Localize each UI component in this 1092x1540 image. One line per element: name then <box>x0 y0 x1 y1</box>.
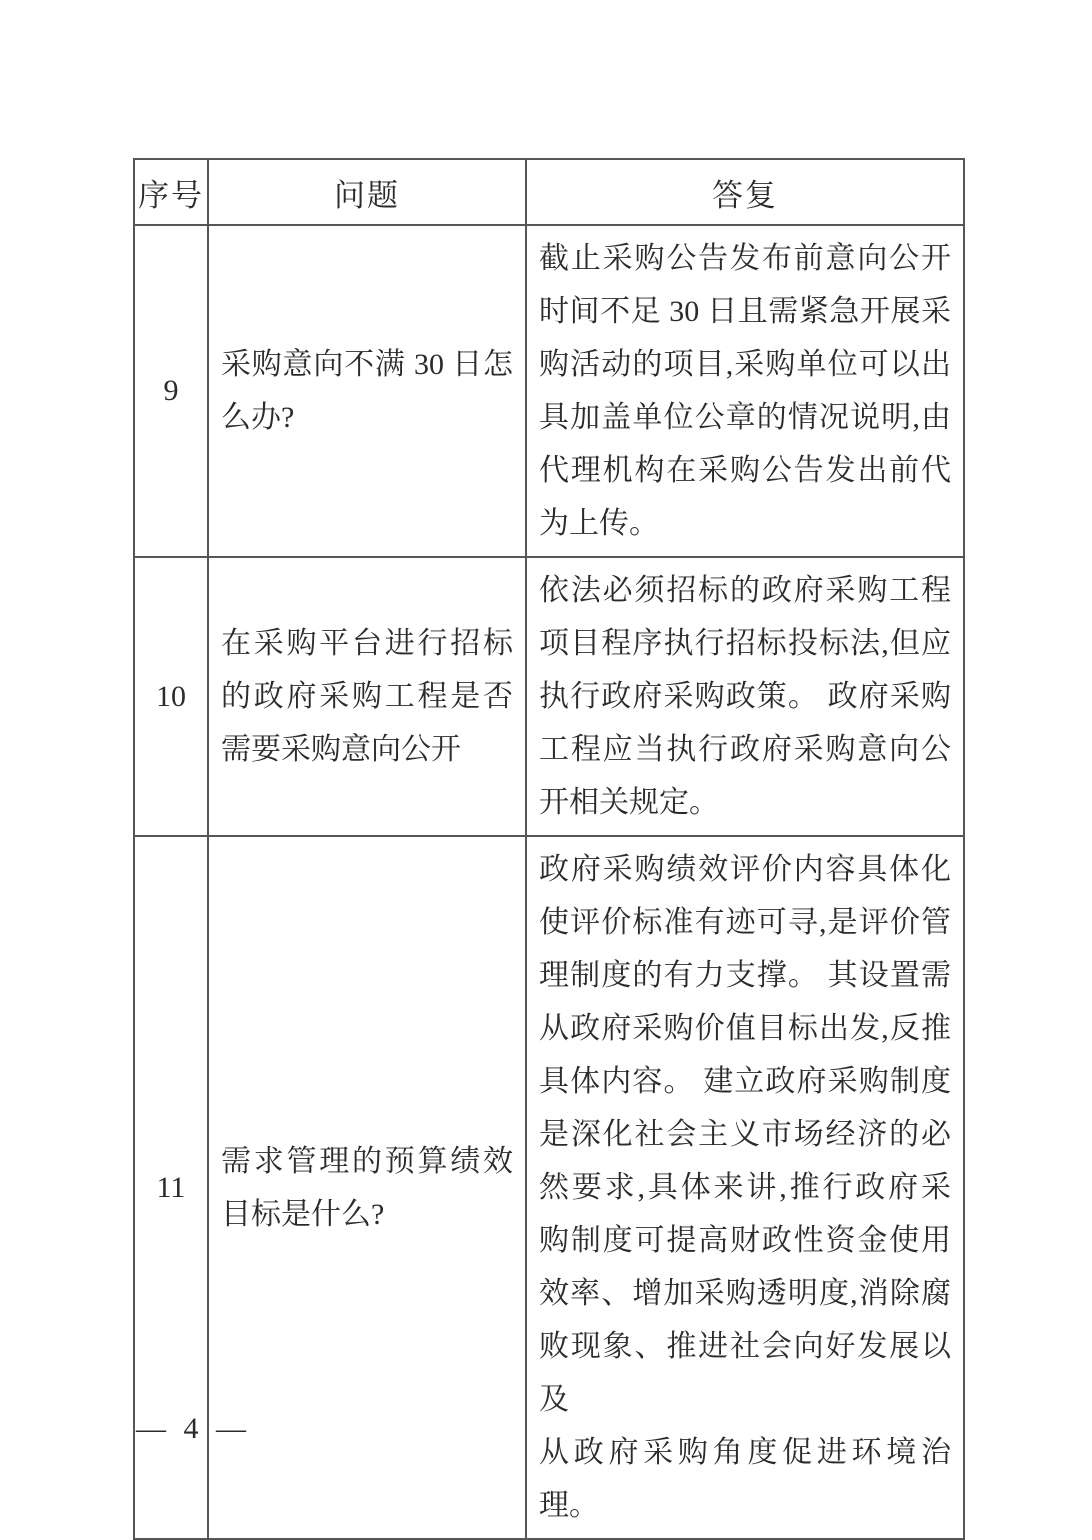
table-row-9: 9 采购意向不满 30 日怎么办? 截止采购公告发布前意向公开时间不足 30 日… <box>134 225 964 557</box>
answer-cell: 政府采购绩效评价内容具体化使评价标准有迹可寻,是评价管理制度的有力支撑。 其设置… <box>526 836 964 1539</box>
row-number: 9 <box>134 225 208 557</box>
question-text: 需求管理的预算绩效目标是什么? <box>221 1135 513 1241</box>
faq-table: 序号 问题 答复 9 采购意向不满 30 日怎么办? 截止采购公告发布前意向公开… <box>133 158 965 1540</box>
question-text: 在采购平台进行招标的政府采购工程是否需要采购意向公开 <box>221 617 513 776</box>
table-row-11: 11 需求管理的预算绩效目标是什么? 政府采购绩效评价内容具体化使评价标准有迹可… <box>134 836 964 1539</box>
answer-text: 截止采购公告发布前意向公开时间不足 30 日且需紧急开展采购活动的项目,采购单位… <box>539 232 951 550</box>
question-cell: 采购意向不满 30 日怎么办? <box>208 225 526 557</box>
page-number: — 4 — <box>136 1412 246 1446</box>
table-row-10: 10 在采购平台进行招标的政府采购工程是否需要采购意向公开 依法必须招标的政府采… <box>134 557 964 836</box>
question-cell: 在采购平台进行招标的政府采购工程是否需要采购意向公开 <box>208 557 526 836</box>
document-page: 序号 问题 答复 9 采购意向不满 30 日怎么办? 截止采购公告发布前意向公开… <box>0 0 1092 1535</box>
answer-cell: 截止采购公告发布前意向公开时间不足 30 日且需紧急开展采购活动的项目,采购单位… <box>526 225 964 557</box>
answer-text: 政府采购绩效评价内容具体化使评价标准有迹可寻,是评价管理制度的有力支撑。 其设置… <box>539 843 951 1532</box>
answer-cell: 依法必须招标的政府采购工程项目程序执行招标投标法,但应执行政府采购政策。 政府采… <box>526 557 964 836</box>
question-cell: 需求管理的预算绩效目标是什么? <box>208 836 526 1539</box>
header-cell-number: 序号 <box>134 159 208 225</box>
answer-text: 依法必须招标的政府采购工程项目程序执行招标投标法,但应执行政府采购政策。 政府采… <box>539 564 951 829</box>
question-text: 采购意向不满 30 日怎么办? <box>221 338 513 444</box>
row-number: 10 <box>134 557 208 836</box>
header-cell-answer: 答复 <box>526 159 964 225</box>
table-header-row: 序号 问题 答复 <box>134 159 964 225</box>
header-cell-question: 问题 <box>208 159 526 225</box>
